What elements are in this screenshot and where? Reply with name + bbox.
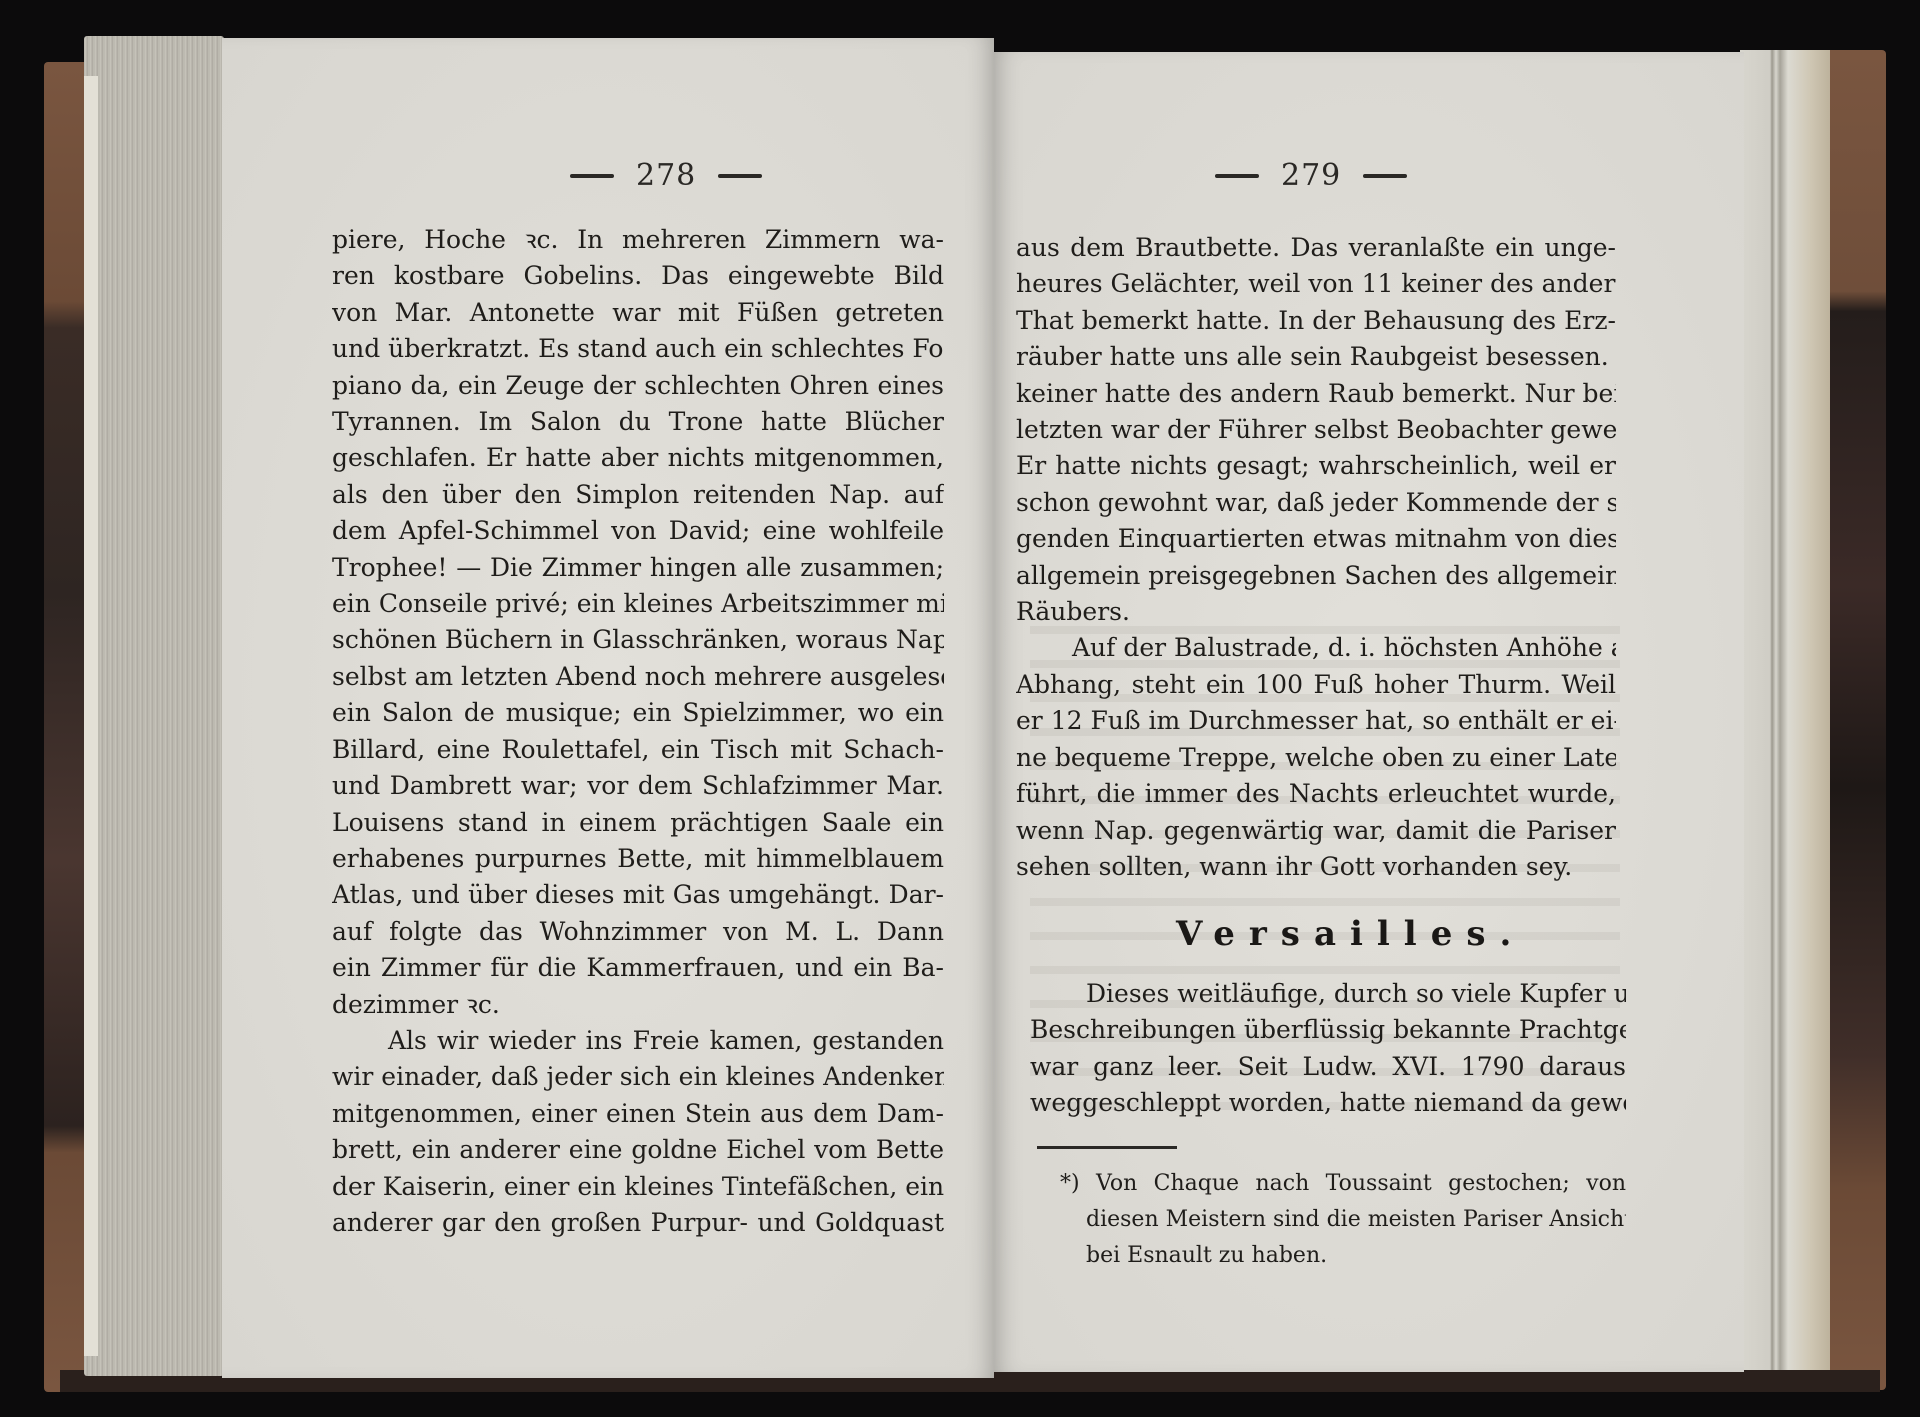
footnote-line: *) Von Chaque nach Toussaint gestochen; … (1060, 1166, 1626, 1202)
text-line: allgemein preisgegebnen Sachen des allge… (1016, 558, 1616, 594)
page-number-text: 279 (1281, 158, 1341, 193)
text-line: piano da, ein Zeuge der schlechten Ohren… (332, 368, 944, 404)
text-line: Beschreibungen überflüssig bekannte Prac… (1030, 1012, 1626, 1048)
text-line: Billard, eine Roulettafel, ein Tisch mit… (332, 732, 944, 768)
text-line: That bemerkt hatte. In der Behausung des… (1016, 303, 1616, 339)
text-line: ne bequeme Treppe, welche oben zu einer … (1016, 740, 1616, 776)
text-line: Trophee! — Die Zimmer hingen alle zusamm… (332, 550, 944, 586)
text-line: Tyrannen. Im Salon du Trone hatte Blüche… (332, 404, 944, 440)
page-number-text: 278 (636, 158, 696, 193)
section-heading: Versailles. (1176, 914, 1525, 954)
text-line: von Mar. Antonette war mit Füßen getrete… (332, 295, 944, 331)
text-line: selbst am letzten Abend noch mehrere aus… (332, 659, 944, 695)
left-page-body: piere, Hoche ꝛc. In mehreren Zimmern wa-… (332, 222, 944, 1241)
text-line: und Dambrett war; vor dem Schlafzimmer M… (332, 768, 944, 804)
text-line: und überkratzt. Es stand auch ein schlec… (332, 331, 944, 367)
text-line: geschlafen. Er hatte aber nichts mitgeno… (332, 440, 944, 476)
page-number-right: 279 (1215, 158, 1407, 193)
text-line: genden Einquartierten etwas mitnahm von … (1016, 521, 1616, 557)
text-line: erhabenes purpurnes Bette, mit himmelbla… (332, 841, 944, 877)
text-line: Louisens stand in einem prächtigen Saale… (332, 805, 944, 841)
text-line: anderer gar den großen Purpur- und Goldq… (332, 1205, 944, 1241)
text-line: ren kostbare Gobelins. Das eingewebte Bi… (332, 258, 944, 294)
text-line: schon gewohnt war, daß jeder Kommende de… (1016, 485, 1616, 521)
text-line: wenn Nap. gegenwärtig war, damit die Par… (1016, 813, 1616, 849)
footnote-separator (1037, 1146, 1177, 1149)
dash-ornament (718, 174, 762, 178)
paragraph-start-line: Auf der Balustrade, d. i. höchsten Anhöh… (1016, 630, 1616, 666)
text-line: keiner hatte des andern Raub bemerkt. Nu… (1016, 376, 1616, 412)
text-line: wir einader, daß jeder sich ein kleines … (332, 1059, 944, 1095)
text-line: führt, die immer des Nachts erleuchtet w… (1016, 776, 1616, 812)
paragraph-start-line: Als wir wieder ins Freie kamen, gestande… (332, 1023, 944, 1059)
page-stack-right (1740, 50, 1830, 1370)
text-line: räuber hatte uns alle sein Raubgeist bes… (1016, 339, 1616, 375)
text-line: heures Gelächter, weil von 11 keiner des… (1016, 266, 1616, 302)
text-line: Räubers. (1016, 594, 1616, 630)
text-line: ein Conseile privé; ein kleines Arbeitsz… (332, 586, 944, 622)
text-line: brett, ein anderer eine goldne Eichel vo… (332, 1132, 944, 1168)
text-line: dezimmer ꝛc. (332, 987, 944, 1023)
text-line: Er hatte nichts gesagt; wahrscheinlich, … (1016, 448, 1616, 484)
text-line: dem Apfel-Schimmel von David; eine wohlf… (332, 513, 944, 549)
section-body: Dieses weitläufige, durch so viele Kupfe… (1030, 976, 1626, 1122)
text-line: aus dem Brautbette. Das veranlaßte ein u… (1016, 230, 1616, 266)
text-line: schönen Büchern in Glasschränken, woraus… (332, 622, 944, 658)
text-line: als den über den Simplon reitenden Nap. … (332, 477, 944, 513)
text-line: auf folgte das Wohnzimmer von M. L. Dann (332, 914, 944, 950)
right-page-body: aus dem Brautbette. Das veranlaßte ein u… (1016, 230, 1616, 885)
paragraph-start-line: Dieses weitläufige, durch so viele Kupfe… (1030, 976, 1626, 1012)
page-number-left: 278 (570, 158, 762, 193)
text-line: er 12 Fuß im Durchmesser hat, so enthält… (1016, 703, 1616, 739)
text-line: der Kaiserin, einer ein kleines Tintefäß… (332, 1169, 944, 1205)
text-line: war ganz leer. Seit Ludw. XVI. 1790 dara… (1030, 1049, 1626, 1085)
dash-ornament (1363, 174, 1407, 178)
footnote-line: diesen Meistern sind die meisten Pariser… (1060, 1202, 1626, 1238)
footnote: *) Von Chaque nach Toussaint gestochen; … (1060, 1166, 1626, 1274)
text-line: letzten war der Führer selbst Beobachter… (1016, 412, 1616, 448)
text-line: sehen sollten, wann ihr Gott vorhanden s… (1016, 849, 1616, 885)
text-line: mitgenommen, einer einen Stein aus dem D… (332, 1096, 944, 1132)
page-stack-left (84, 36, 224, 1376)
text-line: ein Salon de musique; ein Spielzimmer, w… (332, 695, 944, 731)
text-line: ein Zimmer für die Kammerfrauen, und ein… (332, 950, 944, 986)
footnote-line: bei Esnault zu haben. (1060, 1238, 1626, 1274)
text-line: Atlas, und über dieses mit Gas umgehängt… (332, 877, 944, 913)
text-line: weggeschleppt worden, hatte niemand da g… (1030, 1085, 1626, 1121)
dash-ornament (570, 174, 614, 178)
text-line: Abhang, steht ein 100 Fuß hoher Thurm. W… (1016, 667, 1616, 703)
text-line: piere, Hoche ꝛc. In mehreren Zimmern wa- (332, 222, 944, 258)
dash-ornament (1215, 174, 1259, 178)
